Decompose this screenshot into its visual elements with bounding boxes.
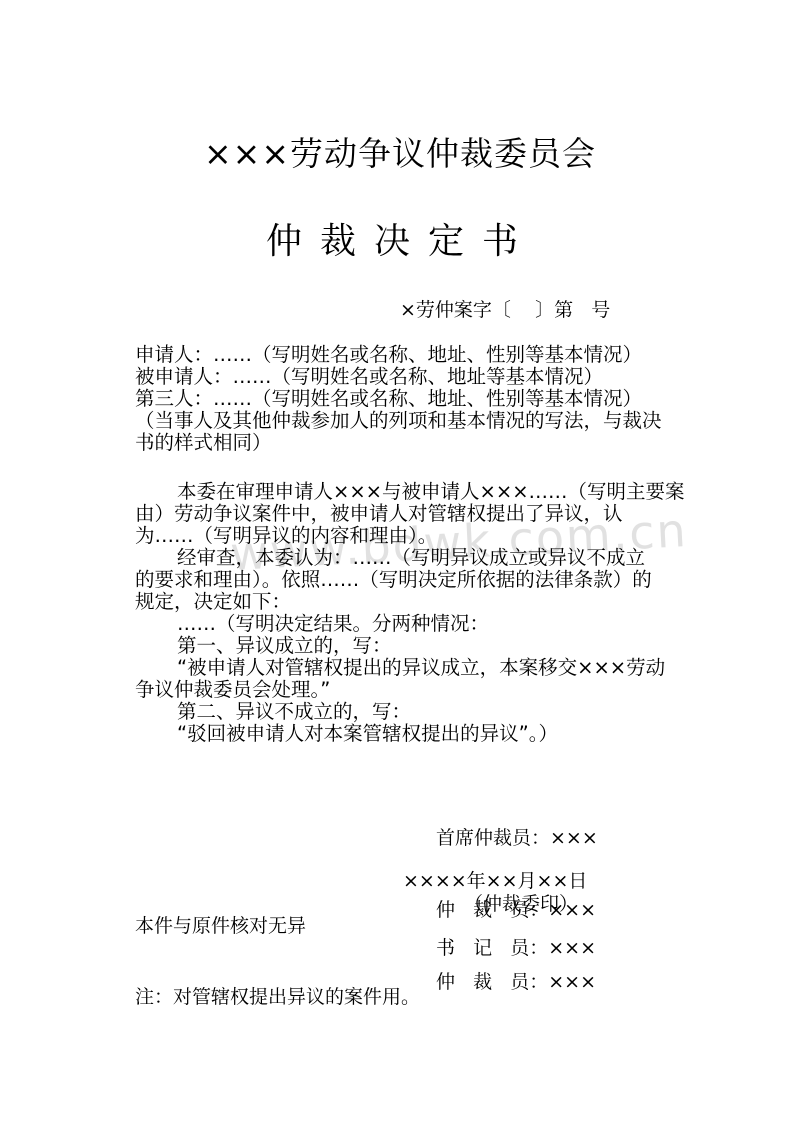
body-line: 争议仲裁委员会处理。” bbox=[135, 679, 715, 701]
verification-statement: 本件与原件核对无异 bbox=[135, 914, 306, 938]
body-line: 规定，决定如下： bbox=[135, 591, 715, 613]
document-page: www.bdwk.com.cn ×××劳动争议仲裁委员会 仲裁决定书 ×劳仲案字… bbox=[0, 0, 800, 1132]
body-line: 由）劳动争议案件中，被申请人对管辖权提出了异议，认 bbox=[135, 503, 715, 525]
arbitrator-2: 仲 裁 员：××× bbox=[436, 970, 598, 994]
party-note: （当事人及其他仲裁参加人的列项和基本情况的写法，与裁决 bbox=[135, 410, 715, 432]
body-section: 本委在审理申请人×××与被申请人×××……（写明主要案 由）劳动争议案件中，被申… bbox=[135, 481, 715, 745]
body-line: 的要求和理由）。依照……（写明决定所依据的法律条款）的 bbox=[135, 569, 715, 591]
party-note-cont: 书的样式相同） bbox=[135, 432, 715, 454]
clerk-signature: 书 记 员：××× bbox=[436, 936, 596, 960]
usage-note: 注：对管辖权提出异议的案件用。 bbox=[135, 985, 420, 1009]
chief-arbitrator: 首席仲裁员：××× bbox=[436, 826, 598, 850]
body-line: 第一、异议成立的，写： bbox=[135, 635, 715, 657]
body-line: “被申请人对管辖权提出的异议成立，本案移交×××劳动 bbox=[135, 657, 715, 679]
party-third: 第三人：……（写明姓名或名称、地址、性别等基本情况） bbox=[135, 388, 715, 410]
body-line: 本委在审理申请人×××与被申请人×××……（写明主要案 bbox=[135, 481, 715, 503]
body-line: “驳回被申请人对本案管辖权提出的异议”。） bbox=[135, 723, 715, 745]
party-respondent: 被申请人：……（写明姓名或名称、地址等基本情况） bbox=[135, 366, 715, 388]
decision-date: ××××年××月××日 bbox=[403, 869, 587, 893]
committee-seal: （仲裁委印） bbox=[464, 892, 578, 916]
document-title: ×××劳动争议仲裁委员会 bbox=[0, 128, 800, 175]
body-line: 第二、异议不成立的，写： bbox=[135, 701, 715, 723]
case-number: ×劳仲案字〔 〕第 号 bbox=[400, 295, 610, 322]
parties-section: 申请人：……（写明姓名或名称、地址、性别等基本情况） 被申请人：……（写明姓名或… bbox=[135, 344, 715, 454]
body-line: 为……（写明异议的内容和理由）。 bbox=[135, 525, 715, 547]
document-subtitle: 仲裁决定书 bbox=[266, 213, 536, 264]
body-line: 经审查，本委认为：……（写明异议成立或异议不成立 bbox=[135, 547, 715, 569]
body-line: ……（写明决定结果。分两种情况： bbox=[135, 613, 715, 635]
party-applicant: 申请人：……（写明姓名或名称、地址、性别等基本情况） bbox=[135, 344, 715, 366]
